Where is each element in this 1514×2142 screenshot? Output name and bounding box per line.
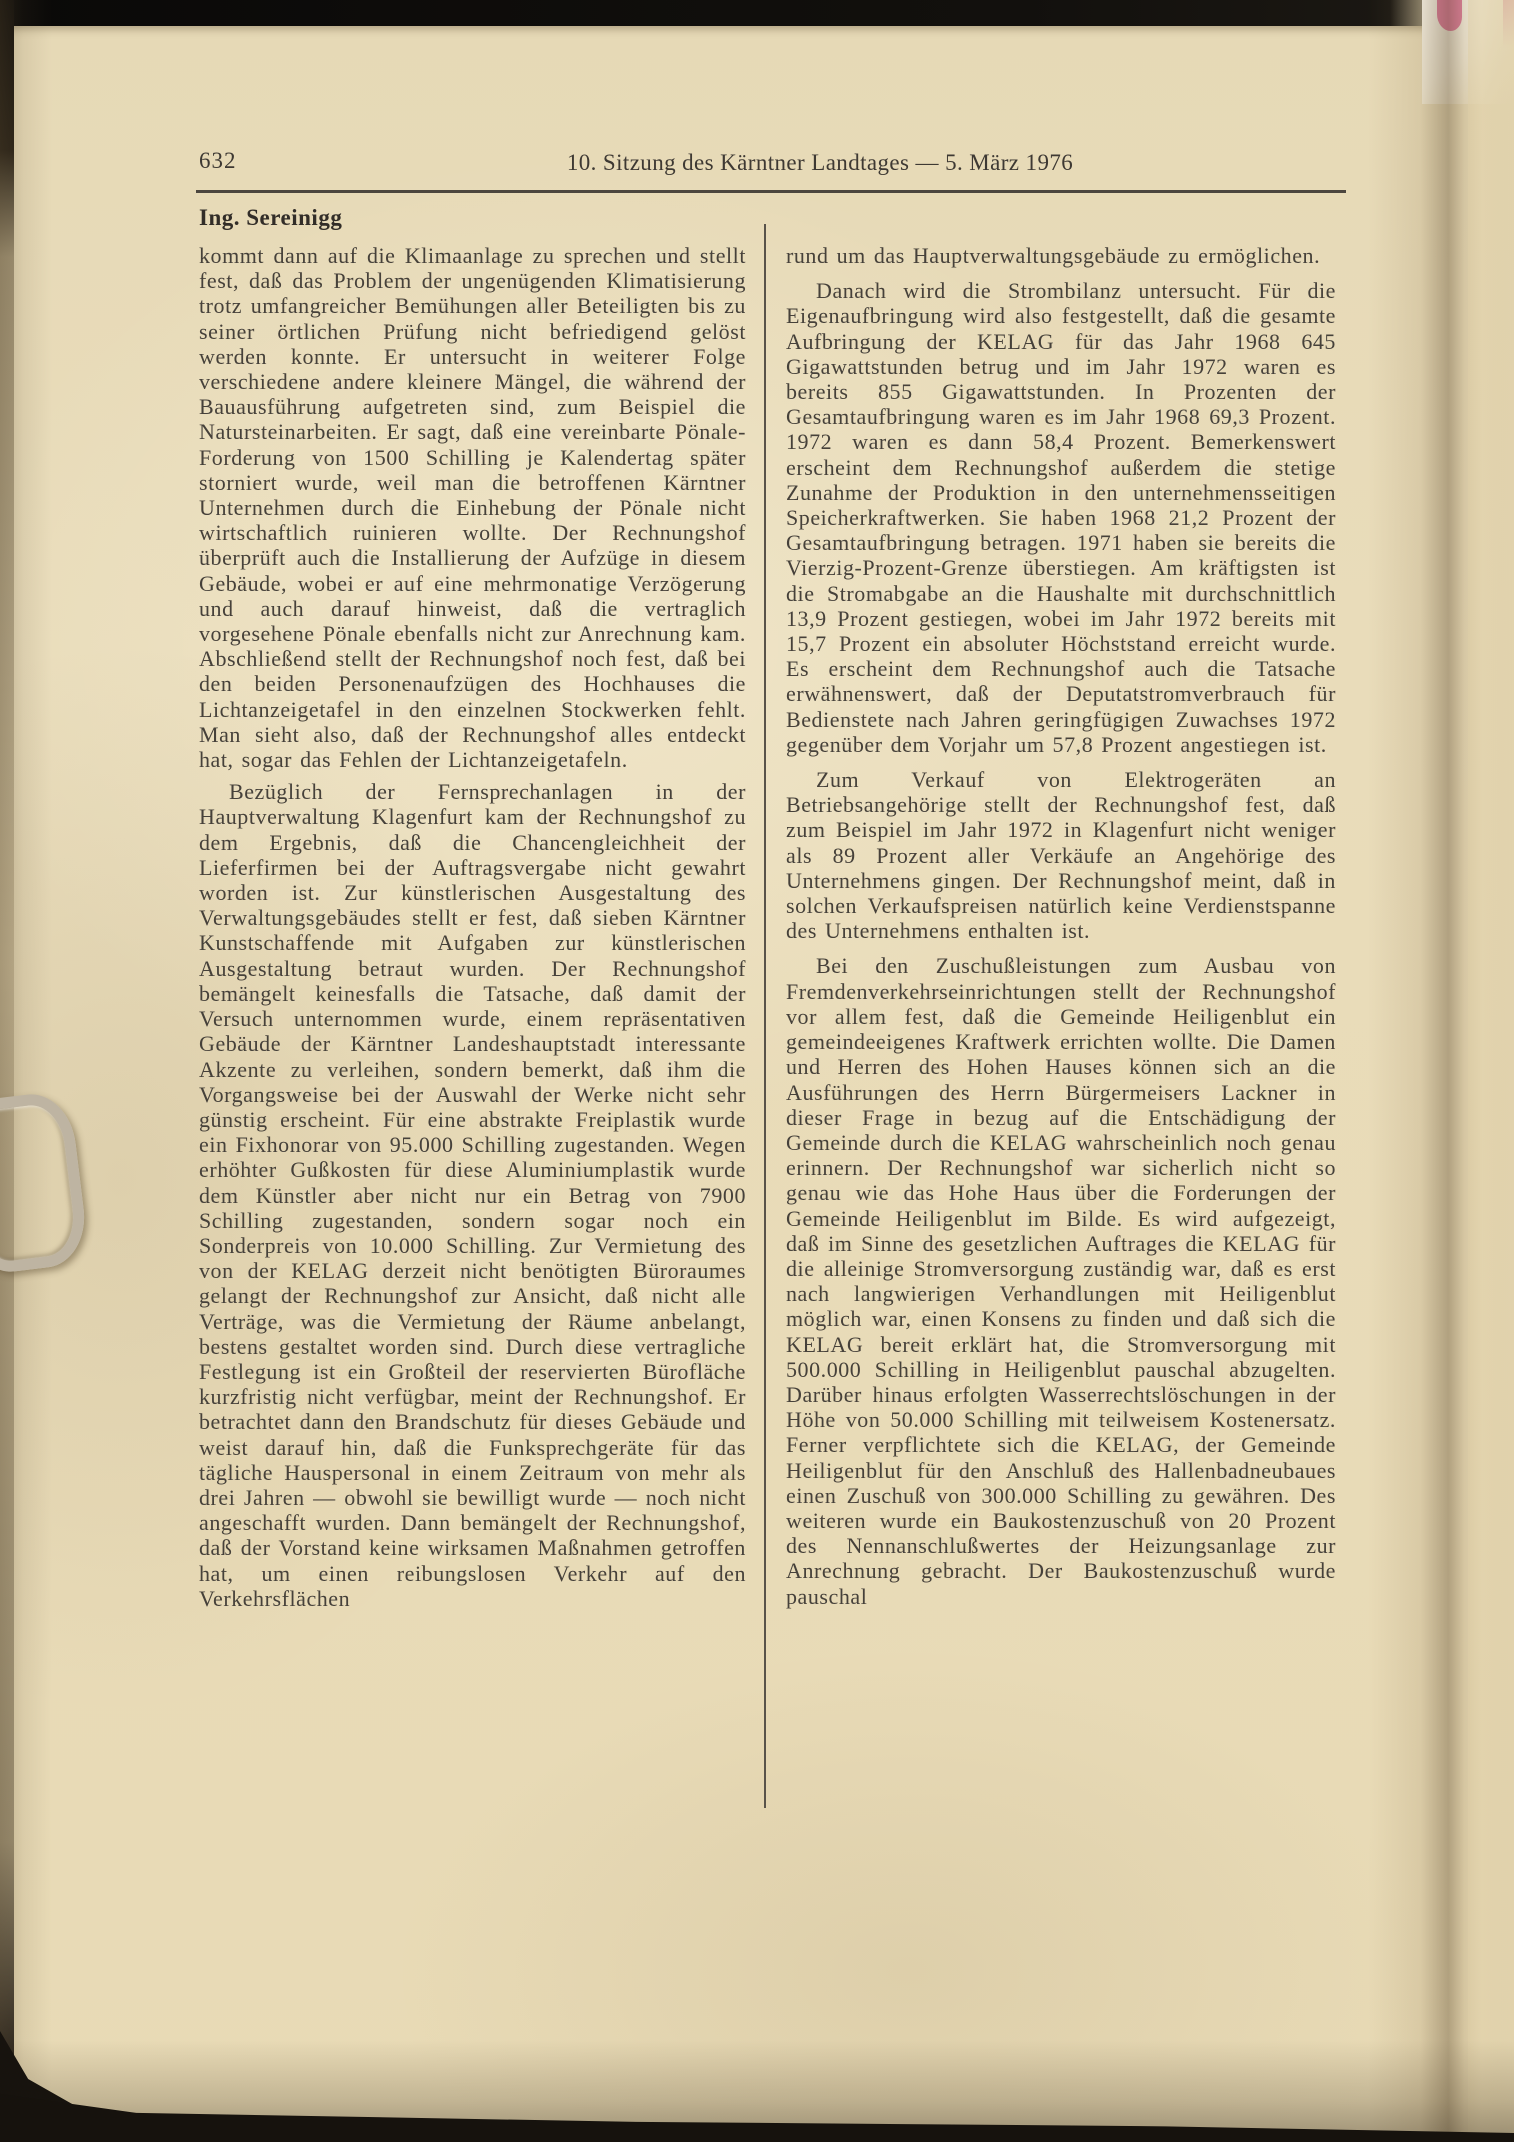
scan-left-edge-shadow: [0, 0, 52, 2142]
scan-top-bar: [0, 0, 1448, 26]
adjacent-page-edge: [1468, 0, 1514, 2142]
paragraph-right-4: Bei den Zuschußleistungen zum Ausbau von…: [786, 953, 1336, 1608]
page-number: 632: [199, 148, 237, 174]
paragraph-right-3: Zum Verkauf von Elektrogeräten an Betrie…: [786, 767, 1336, 943]
column-divider-rule: [764, 224, 766, 1808]
right-text-column: rund um das Hauptverwaltungsgebäude zu e…: [786, 243, 1336, 1619]
left-text-column: kommt dann auf die Klimaanlage zu sprech…: [199, 243, 746, 1618]
speaker-name: Ing. Sereinigg: [199, 205, 342, 231]
paragraph-right-2: Danach wird die Strombilanz untersucht. …: [786, 278, 1336, 757]
paragraph-left-2: Bezüglich der Fernsprechanlagen in der H…: [199, 779, 746, 1611]
paragraph-left-1: kommt dann auf die Klimaanlage zu sprech…: [199, 243, 746, 772]
scanned-book-page: { "document": { "page_number": "632", "h…: [0, 0, 1514, 2142]
paper-clip-artifact: [0, 1089, 90, 1276]
header-rule: [196, 190, 1346, 193]
running-header: 10. Sitzung des Kärntner Landtages — 5. …: [470, 150, 1170, 176]
paragraph-right-1: rund um das Hauptverwaltungsgebäude zu e…: [786, 243, 1336, 268]
